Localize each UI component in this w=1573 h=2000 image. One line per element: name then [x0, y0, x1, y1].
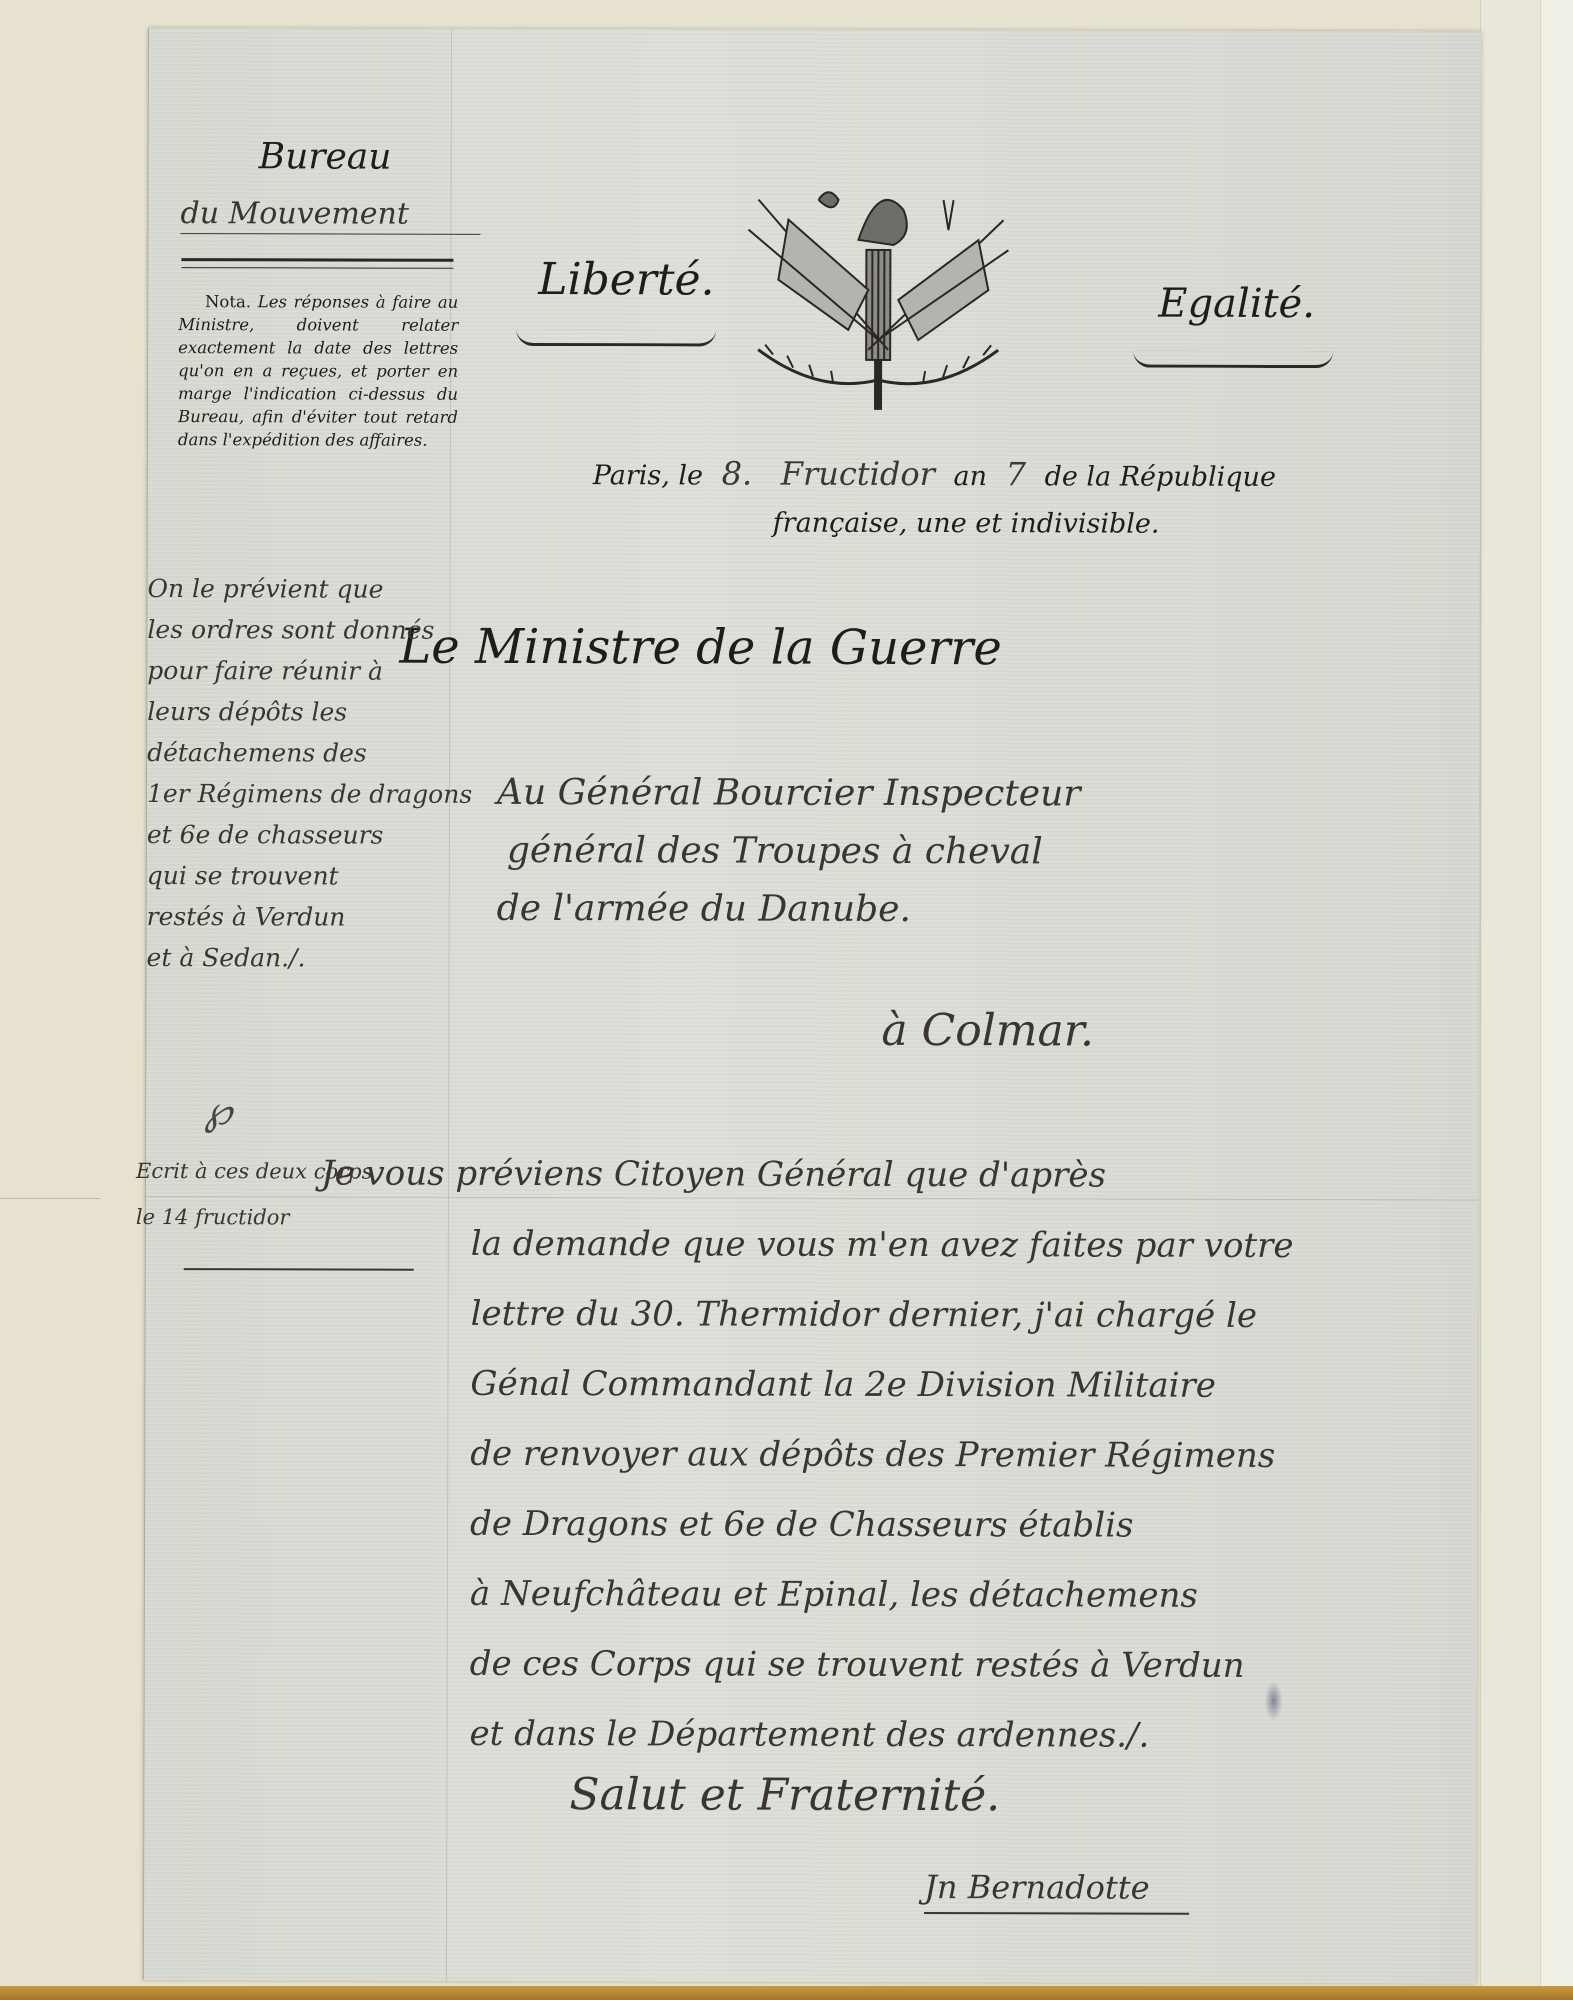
margin-summary-note: On le prévient que les ordres sont donné…	[147, 568, 448, 979]
letter-sheet: Bureau du Mouvement Nota. Les réponses à…	[143, 28, 1481, 1983]
body-line: de Dragons et 6e de Chasseurs établis	[320, 1488, 1420, 1561]
margin-note-line: qui se trouvent	[147, 855, 447, 897]
gold-frame-edge	[0, 1986, 1573, 2000]
bureau-title: Bureau	[259, 136, 392, 177]
ink-blot	[1265, 1681, 1283, 1721]
addressee-line: Au Général Bourcier Inspecteur	[497, 764, 1081, 824]
margin-note-line: détachemens des	[147, 732, 447, 774]
margin-note-line: les ordres sont donnés	[147, 609, 447, 651]
body-line: Je vous préviens Citoyen Général que d'a…	[321, 1138, 1421, 1211]
date-prefix: Paris, le	[593, 460, 703, 491]
date-year: 7	[1006, 455, 1026, 493]
closing-salutation: Salut et Fraternité.	[569, 1769, 1000, 1821]
addressee-line: général des Troupes à cheval	[507, 822, 1081, 882]
double-rule-divider	[181, 258, 453, 269]
body-line: Génal Commandant la 2e Division Militair…	[320, 1348, 1420, 1421]
margin-note-line: On le prévient que	[147, 568, 447, 610]
republican-trophy-emblem-icon	[738, 180, 1019, 421]
brace-ornament	[1133, 351, 1333, 369]
body-line: lettre du 30. Thermidor dernier, j'ai ch…	[321, 1278, 1421, 1351]
body-line: et dans le Département des ardennes./.	[319, 1698, 1419, 1771]
body-line: à Neufchâteau et Epinal, les détachemens	[320, 1558, 1420, 1631]
dateline-republic: française, une et indivisible.	[773, 508, 1160, 540]
addressee-location: à Colmar.	[881, 1005, 1094, 1057]
margin-note-line: leurs dépôts les	[147, 691, 447, 733]
margin-note-line: restés à Verdun	[147, 896, 447, 938]
bureau-name: du Mouvement	[180, 196, 480, 235]
margin-note-line: et 6e de chasseurs	[147, 814, 447, 856]
sender-title-text: Le Ministre de la Guerre	[399, 619, 1002, 677]
dateline: Paris, le 8. Fructidor an 7 de la Républ…	[593, 454, 1276, 494]
date-suffix: de la République	[1045, 461, 1276, 493]
nota-text: Les réponses à faire au Ministre, doiven…	[178, 292, 458, 449]
frame-mat-edge	[1540, 0, 1573, 2000]
nota-instructions: Nota. Les réponses à faire au Ministre, …	[178, 290, 458, 452]
margin-note-line: et à Sedan./.	[147, 937, 447, 979]
body-line: de renvoyer aux dépôts des Premier Régim…	[320, 1418, 1420, 1491]
motto-egalite: Egalité.	[1158, 281, 1315, 327]
body-line: la demande que vous m'en avez faites par…	[321, 1208, 1421, 1281]
body-line: de ces Corps qui se trouvent restés à Ve…	[320, 1628, 1420, 1701]
addressee-line: de l'armée du Danube.	[497, 880, 1081, 940]
letter-body: Je vous préviens Citoyen Général que d'a…	[319, 1138, 1421, 1771]
date-day: 8.	[722, 455, 753, 493]
date-month: Fructidor	[781, 455, 935, 493]
signature: Jn Bernadotte	[924, 1868, 1190, 1915]
mat-seam	[0, 1198, 100, 1199]
date-year-label: an	[954, 461, 988, 492]
nota-label: Nota.	[205, 292, 251, 311]
margin-note-line: pour faire réunir à	[147, 650, 447, 692]
margin-note-line: 1er Régimens de dragons	[147, 773, 447, 815]
sender-title: Le Ministre de la Guerre	[399, 619, 1002, 677]
flourish-icon: ℘	[204, 1088, 232, 1134]
motto-liberte: Liberté.	[538, 254, 714, 305]
addressee-block: Au Général Bourcier Inspecteur général d…	[497, 764, 1081, 940]
brace-ornament	[516, 329, 716, 347]
